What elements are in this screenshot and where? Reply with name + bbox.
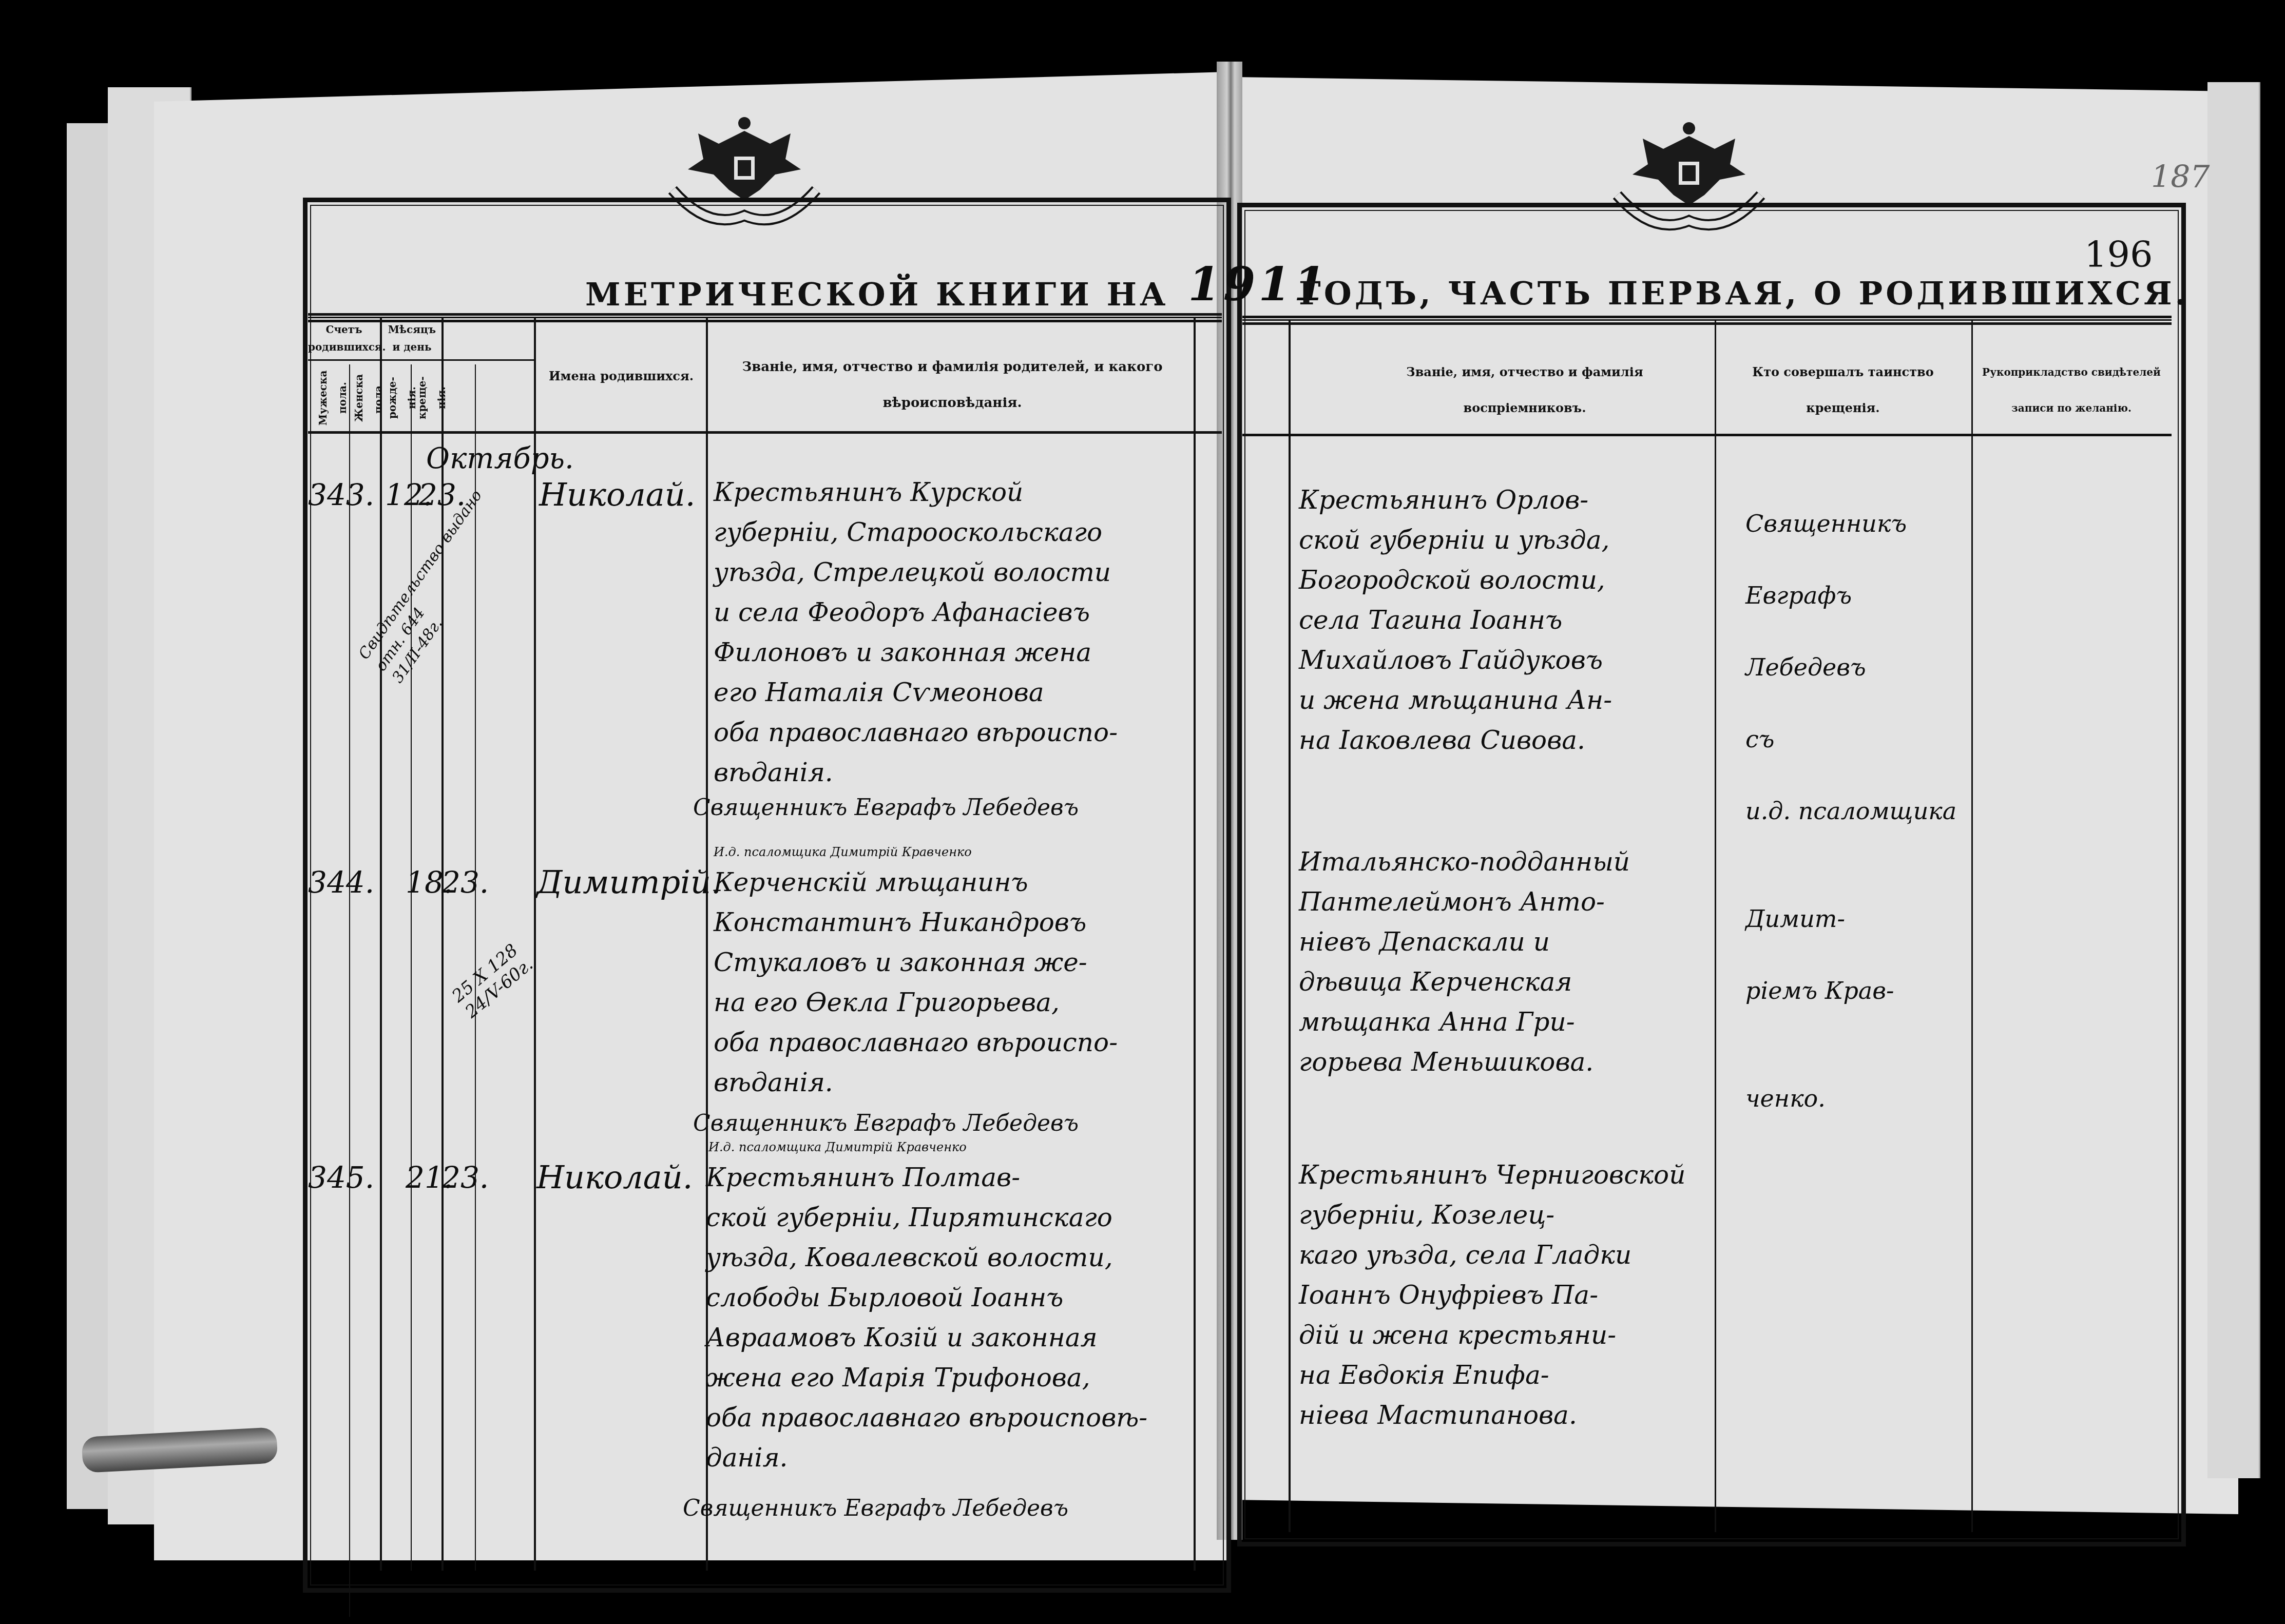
col-divider [534, 318, 536, 1571]
subheader-rule [441, 359, 534, 361]
child-name: Николай. [539, 475, 695, 515]
pre-note: И.д. псаломщика Димитрій Кравченко [708, 1137, 967, 1157]
child-name: Николай. [536, 1157, 693, 1197]
header-rule [1242, 316, 2172, 325]
col-divider [411, 364, 412, 1571]
col-divider [1194, 318, 1196, 1571]
header-date: Мѣсяцъ и день [382, 321, 441, 356]
subheader-rule [308, 359, 441, 361]
parents-entry: Крестьянинъ Курской губерніи, Старооскол… [714, 472, 1191, 792]
col-divider [1289, 321, 1291, 1532]
pencil-folio: 187 [2151, 159, 2210, 195]
title-left: МЕТРИЧЕСКОЙ КНИГИ НА 1911 [585, 269, 1324, 313]
record-number: 345. [308, 1157, 374, 1197]
godparents-entry: Крестьянинъ Черниговской губерніи, Козел… [1299, 1155, 1710, 1435]
col-divider [1971, 321, 1973, 1532]
signature: Священникъ Евграфъ Лебедевъ [693, 788, 1079, 828]
month-label: Октябрь. [426, 439, 574, 479]
col-divider [349, 364, 350, 1617]
record-number: 343. [308, 475, 374, 515]
header-bottom-rule [1242, 434, 2172, 436]
officiant-entry: Священникъ Евграфъ Лебедевъ съ и.д. псал… [1745, 506, 1971, 1116]
header-parents: Званіе, имя, отчество и фамилія родителе… [714, 349, 1191, 421]
page-stack-right [2207, 82, 2260, 1478]
header-officiant: Кто совершалъ таинство крещенія. [1717, 354, 1969, 426]
parents-entry: Крестьянинъ Полтав- ской губерніи, Пирят… [706, 1157, 1194, 1478]
header-baptism-date: креще-нія. [412, 367, 440, 429]
godparents-entry: Крестьянинъ Орлов- ской губерніи и уѣзда… [1299, 480, 1710, 760]
header-count: Счетъ родившихся. [308, 321, 380, 356]
pre-note: И.д. псаломщика Димитрій Кравченко [714, 842, 972, 862]
parents-entry: Керченскій мѣщанинъ Константинъ Никандро… [714, 862, 1191, 1103]
header-witnesses: Рукоприкладство свидѣтелей записи по жел… [1974, 354, 2169, 426]
child-name: Димитрій. [536, 862, 721, 902]
title-right: ГОДЪ, ЧАСТЬ ПЕРВАЯ, О РОДИВШИХСЯ. [1299, 275, 2189, 312]
header-birth-date: рожде-нія. [382, 367, 411, 429]
header-male: Мужеска пола. [313, 367, 344, 429]
header-bottom-rule [308, 431, 1222, 434]
col-divider [380, 318, 382, 1571]
page-number: 196 [2084, 234, 2153, 276]
header-names: Имена родившихся. [536, 364, 706, 388]
baptism-day: 23. [441, 1157, 489, 1197]
col-divider [1715, 321, 1716, 1532]
baptism-day: 23. [441, 862, 489, 902]
record-number: 344. [308, 862, 374, 902]
header-rule [308, 313, 1222, 322]
godparents-entry: Итальянско-подданный Пантелеймонъ Анто- … [1299, 842, 1710, 1082]
header-female: Женска пола. [349, 367, 380, 429]
signature: Священникъ Евграфъ Лебедевъ [683, 1488, 1068, 1529]
header-godparents: Званіе, имя, отчество и фамилія воспріем… [1345, 354, 1704, 426]
